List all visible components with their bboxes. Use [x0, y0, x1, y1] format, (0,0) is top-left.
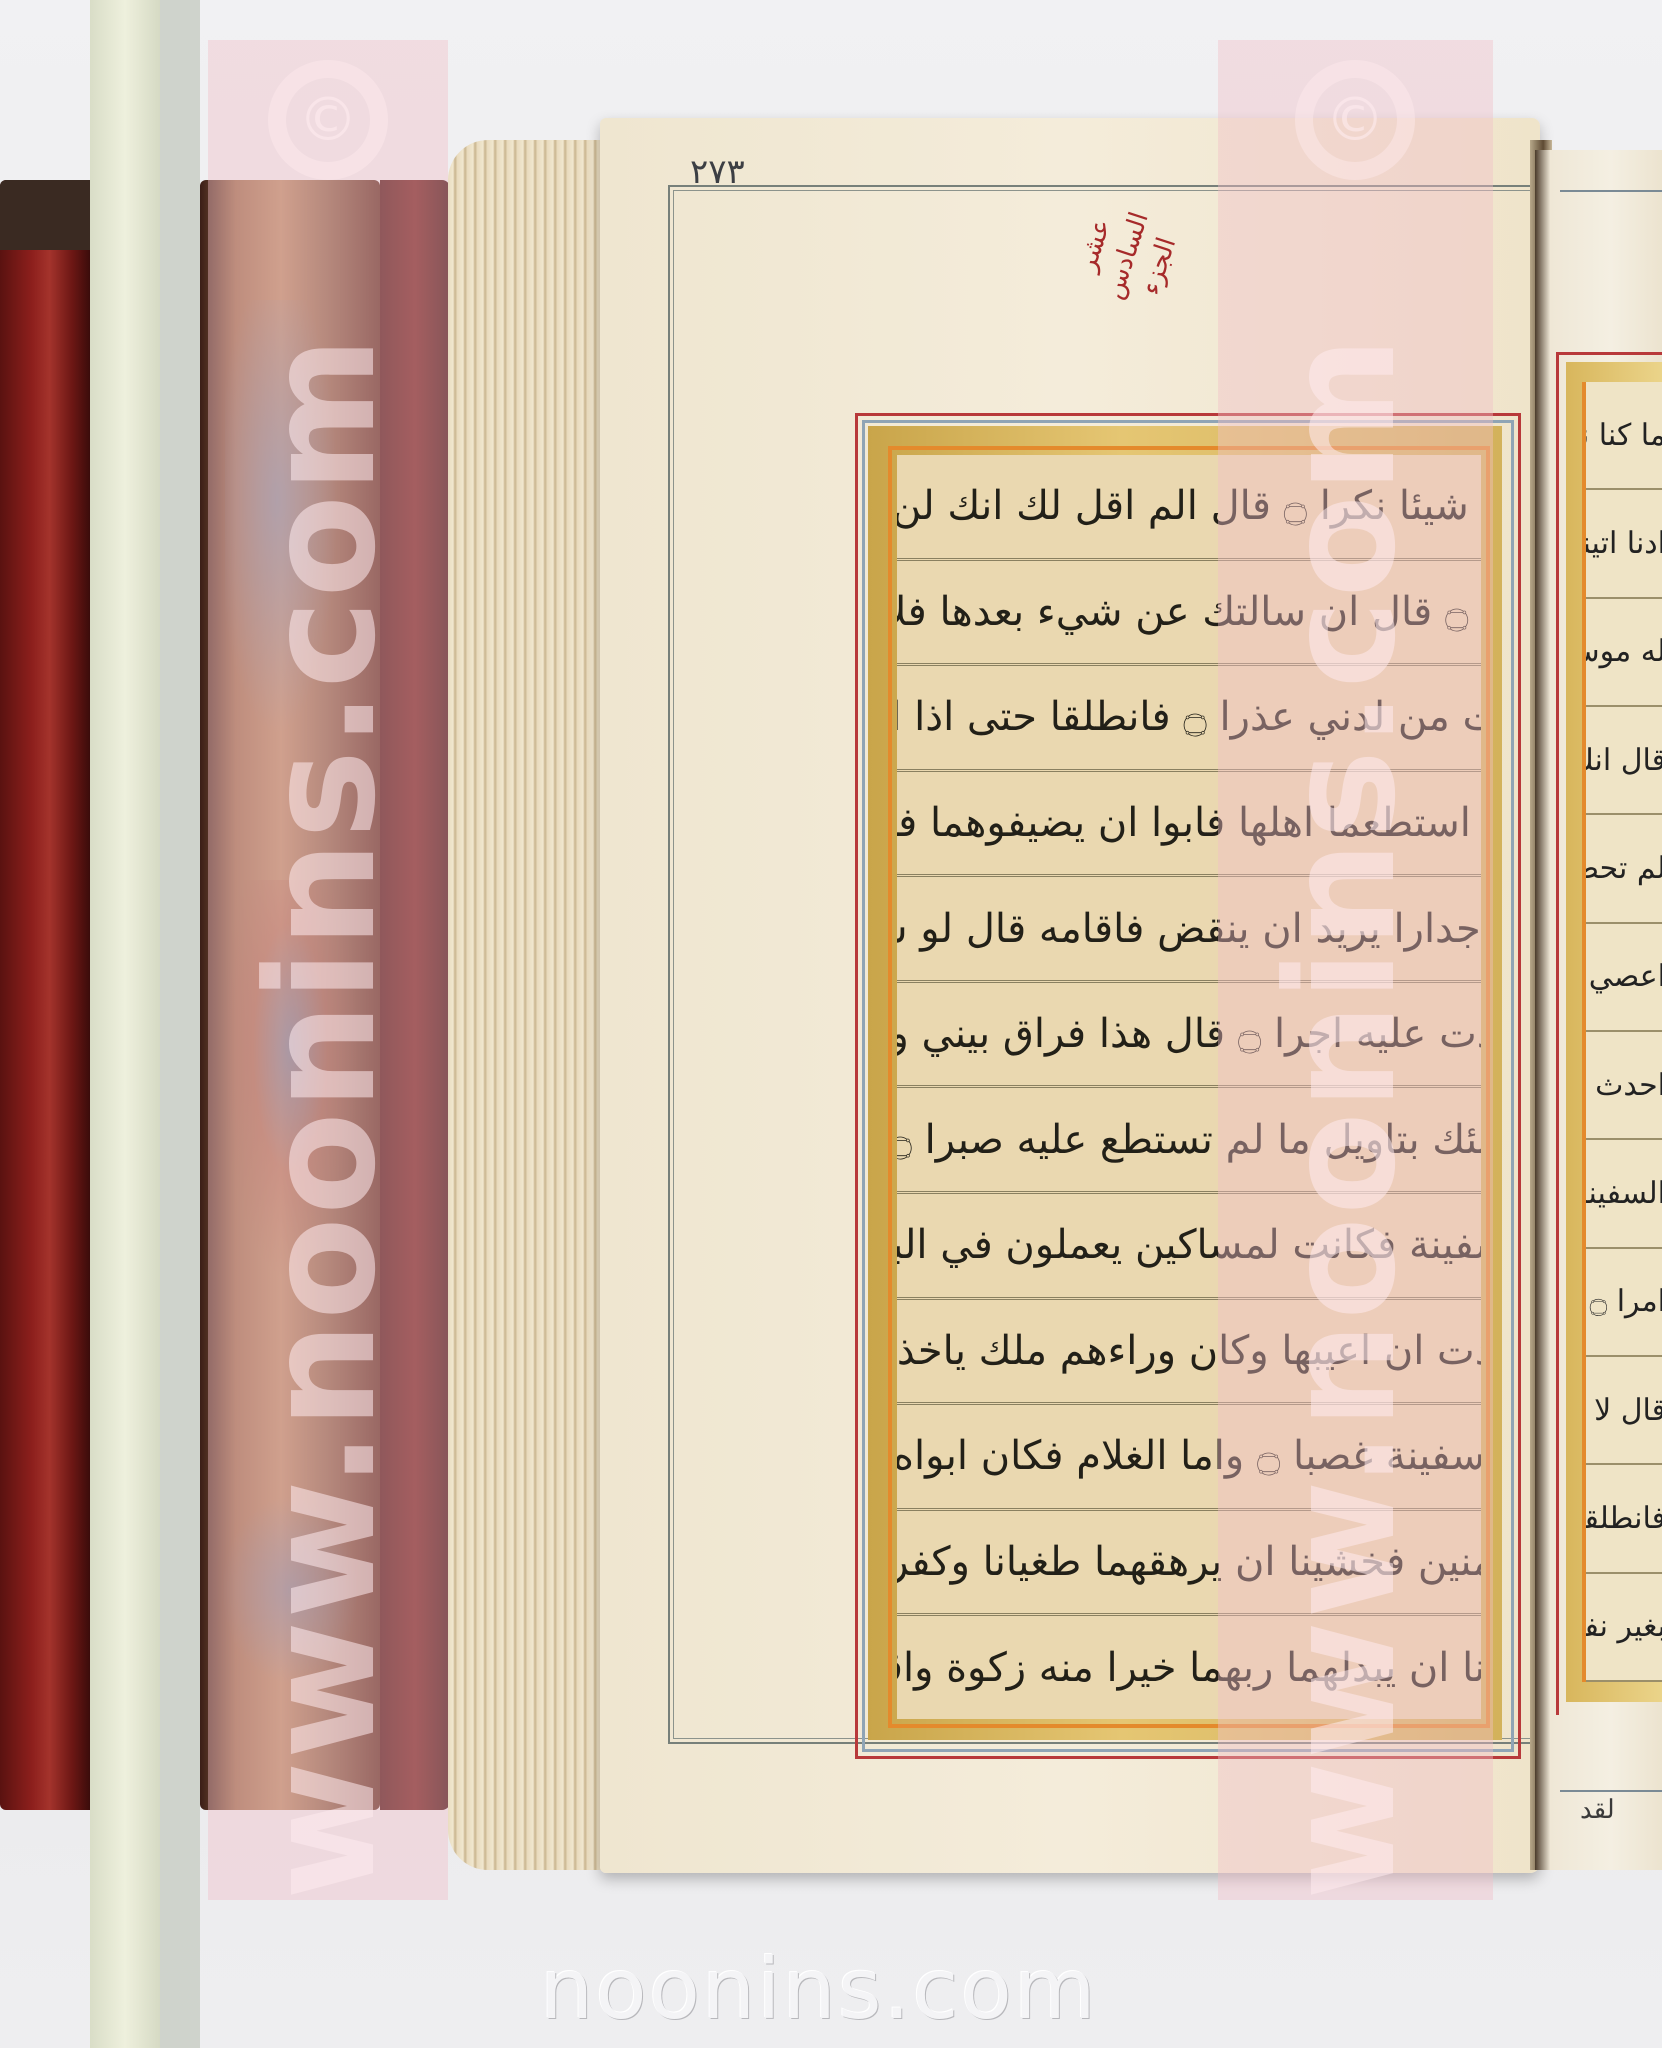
support-strip-edge: [160, 0, 200, 2048]
text-line: بغير نفس: [1586, 1574, 1662, 1682]
line-text: فانطلقا حتى اذا: [1582, 1501, 1662, 1536]
leather-cover-worn-edge: [0, 180, 90, 250]
line-text: له موسى: [1582, 634, 1662, 669]
watermark-text-bottom: noonins.com: [540, 1940, 1098, 2038]
copyright-symbol: ©: [298, 85, 358, 155]
text-line: له موسى: [1586, 599, 1662, 707]
line-text: بغير نفس: [1582, 1609, 1662, 1644]
line-text: قال لا تؤاخذني: [1582, 1393, 1662, 1428]
text-line: ما كنا نبغ: [1586, 382, 1662, 490]
line-text: ادنا اتيناه: [1582, 526, 1662, 561]
text-line: امرا ۝: [1586, 1249, 1662, 1357]
copyright-icon: ©: [268, 60, 388, 180]
text-block-edges: [448, 140, 618, 1870]
text-line: اعصي لك: [1586, 924, 1662, 1032]
watermark-text-left: www.noonins.com: [235, 180, 409, 1900]
page-number: ٢٧٣: [690, 152, 745, 192]
page-ruled-border-right: [1560, 190, 1662, 192]
text-panel-right: ما كنا نبغ ادنا اتيناه له موسى قال انك ل…: [1582, 382, 1662, 1682]
text-line: ادنا اتيناه: [1586, 490, 1662, 598]
text-line: السفينة خرقها: [1586, 1140, 1662, 1248]
line-text: السفينة خرقها: [1582, 1176, 1662, 1211]
copyright-symbol: ©: [1325, 85, 1385, 155]
text-line: احدث: [1586, 1032, 1662, 1140]
line-text: احدث: [1595, 1068, 1662, 1103]
line-text: امرا ۝: [1590, 1284, 1662, 1319]
leather-cover-left: [0, 180, 90, 1810]
page-ruled-border-right-bottom: [1560, 1790, 1662, 1792]
line-text: ما كنا نبغ: [1582, 418, 1662, 453]
text-line: قال لا تؤاخذني: [1586, 1357, 1662, 1465]
text-line: لم تحط: [1586, 815, 1662, 923]
line-text: قال انك: [1582, 743, 1662, 778]
line-text: اعصي لك: [1582, 959, 1662, 994]
copyright-icon: ©: [1295, 60, 1415, 180]
support-strip: [90, 0, 160, 2048]
line-text: لم تحط: [1582, 851, 1662, 886]
catchword: لقد: [1580, 1795, 1615, 1825]
text-line: قال انك: [1586, 707, 1662, 815]
watermark-text-right: www.noonins.com: [1255, 180, 1429, 1900]
text-line: فانطلقا حتى اذا: [1586, 1465, 1662, 1573]
